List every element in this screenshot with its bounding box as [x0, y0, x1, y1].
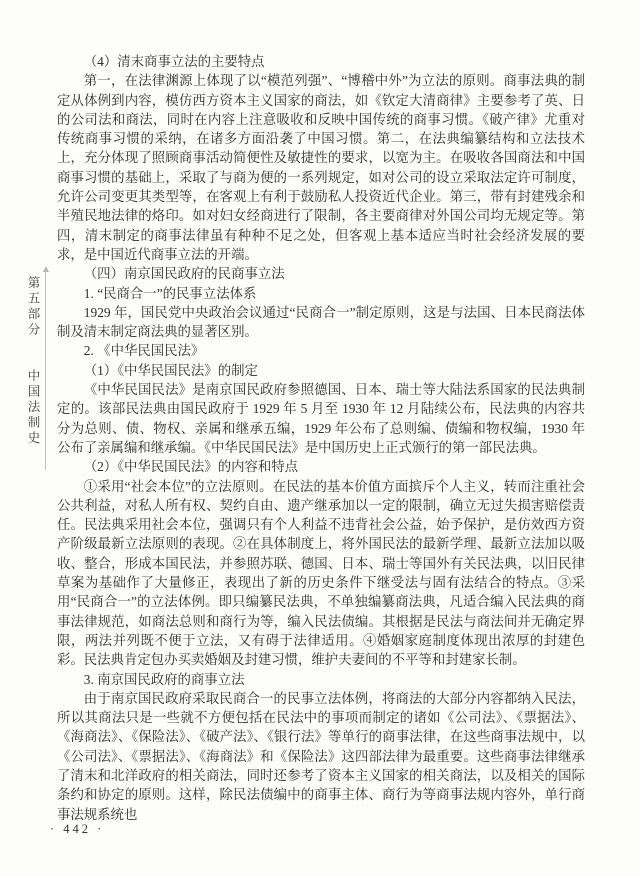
book-page: 第五部分 中国法制史 （4）清末商事立法的主要特点第一，在法律渊源上体现了以“模…: [0, 0, 640, 876]
body-paragraph: 由于南京国民政府采取民商合一的民事立法体例，将商法的大部分内容都纳入民法，所以其…: [57, 689, 585, 824]
heading-line: （1）《中华民国民法》的制定: [57, 361, 585, 380]
sidebar-subject-label: 中国法制史: [26, 369, 40, 447]
heading-line: （四）南京国民政府的民商事立法: [57, 264, 585, 283]
sidebar-part-label: 第五部分: [26, 276, 40, 338]
page-number: · 442 ·: [50, 822, 104, 837]
heading-line: （2）《中华民国民法》的内容和特点: [57, 457, 585, 476]
body-paragraph: ①采用“社会本位”的立法原则。在民法的基本价值方面摈斥个人主义，转而注重社会公共…: [57, 477, 585, 670]
body-paragraph: 第一，在法律渊源上体现了以“模范列强”、“博稽中外”为立法的原则。商事法典的制定…: [57, 71, 585, 264]
page-body-text: （4）清末商事立法的主要特点第一，在法律渊源上体现了以“模范列强”、“博稽中外”…: [57, 52, 585, 824]
heading-line: 3. 南京国民政府的商事立法: [57, 670, 585, 689]
sidebar-label: 第五部分 中国法制史: [24, 276, 42, 476]
heading-line: 2. 《中华民国民法》: [57, 341, 585, 360]
sidebar-rule: [45, 270, 46, 470]
heading-line: （4）清末商事立法的主要特点: [57, 52, 585, 71]
body-paragraph: 《中华民国民法》是南京国民政府参照德国、日本、瑞士等大陆法系国家的民法典制定的。…: [57, 380, 585, 457]
heading-line: 1. “民商合一”的民事立法体系: [57, 284, 585, 303]
body-paragraph: 1929 年，国民党中央政治会议通过“民商合一”制定原则，这是与法国、日本民商法…: [57, 303, 585, 342]
sidebar-rule-arrow-icon: [43, 266, 49, 272]
